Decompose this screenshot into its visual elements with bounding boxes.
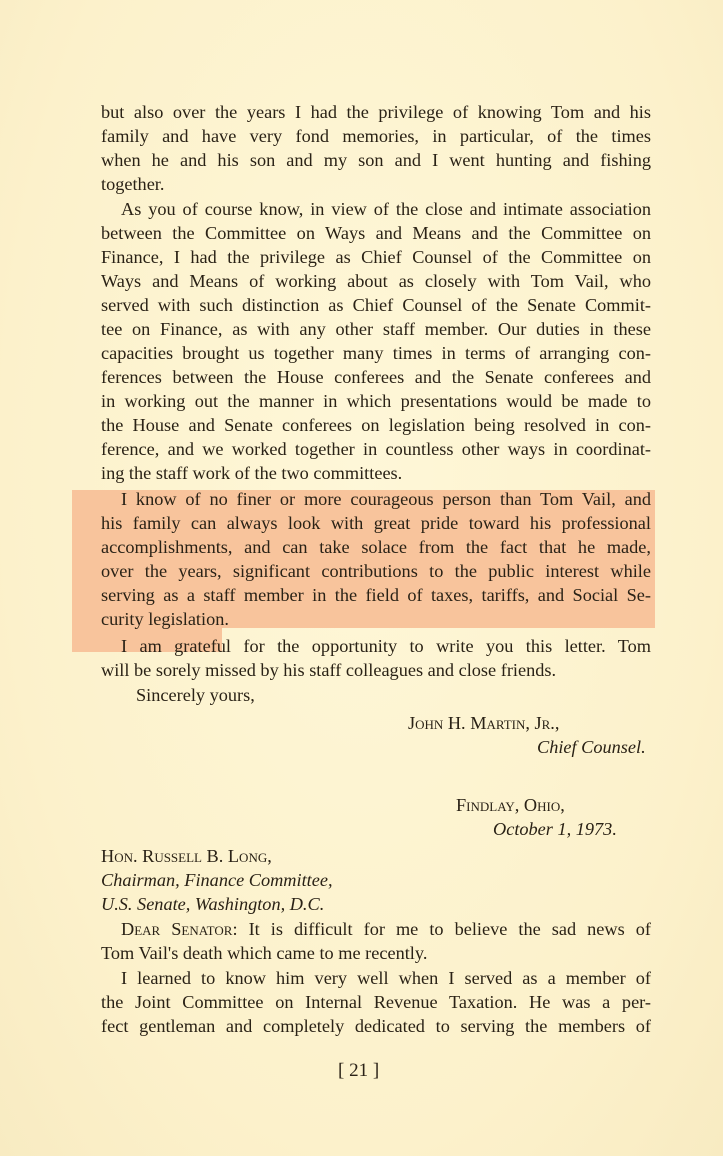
text-line: fect gentleman and completely dedicated … [101, 1014, 651, 1038]
document-page: but also over the years I had the privil… [0, 0, 723, 1156]
highlighted-text-line: I know of no finer or more courageous pe… [121, 487, 651, 511]
recipient-title: Chairman, Finance Committee, [101, 868, 333, 892]
highlighted-text-line: accomplishments, and can take solace fro… [101, 535, 651, 559]
closing: Sincerely yours, [136, 683, 255, 707]
text-span: It is difficult for me to believe the sa… [249, 919, 651, 939]
highlighted-text-line: over the years, significant contribution… [101, 559, 651, 583]
highlighted-text-line: his family can always look with great pr… [101, 511, 651, 535]
letter-date: October 1, 1973. [493, 817, 617, 841]
letter-place: Findlay, Ohio, [456, 793, 565, 817]
text-line: served with such distinction as Chief Co… [101, 293, 651, 317]
recipient-name: Hon. Russell B. Long, [101, 844, 272, 868]
salutation: Dear Senator: [121, 919, 238, 939]
highlighted-text-line: curity legislation. [101, 607, 651, 631]
signature-title: Chief Counsel. [537, 735, 646, 759]
text-line: ing the staff work of the two committees… [101, 461, 651, 485]
text-line: will be sorely missed by his staff colle… [101, 658, 651, 682]
text-line: the House and Senate conferees on legisl… [101, 413, 651, 437]
text-line: I learned to know him very well when I s… [121, 966, 651, 990]
text-line: tee on Finance, as with any other staff … [101, 317, 651, 341]
text-line: Ways and Means of working about as close… [101, 269, 651, 293]
text-line: Finance, I had the privilege as Chief Co… [101, 245, 651, 269]
recipient-address: U.S. Senate, Washington, D.C. [101, 892, 324, 916]
highlighted-text-line: serving as a staff member in the field o… [101, 583, 651, 607]
page-number: [ 21 ] [338, 1060, 379, 1082]
text-line: between the Committee on Ways and Means … [101, 221, 651, 245]
text-line: As you of course know, in view of the cl… [121, 197, 651, 221]
text-line: but also over the years I had the privil… [101, 100, 651, 124]
text-line: I am grateful for the opportunity to wri… [121, 634, 651, 658]
text-line: when he and his son and my son and I wen… [101, 148, 651, 172]
text-line: ferences between the House conferees and… [101, 365, 651, 389]
signature-name: John H. Martin, Jr., [408, 711, 559, 735]
text-line: capacities brought us together many time… [101, 341, 651, 365]
text-line: together. [101, 172, 651, 196]
salutation-line: Dear Senator: It is difficult for me to … [121, 917, 651, 941]
text-line: the Joint Committee on Internal Revenue … [101, 990, 651, 1014]
text-line: in working out the manner in which prese… [101, 389, 651, 413]
text-line: ference, and we worked together in count… [101, 437, 651, 461]
text-line: family and have very fond memories, in p… [101, 124, 651, 148]
text-line: Tom Vail's death which came to me recent… [101, 941, 651, 965]
